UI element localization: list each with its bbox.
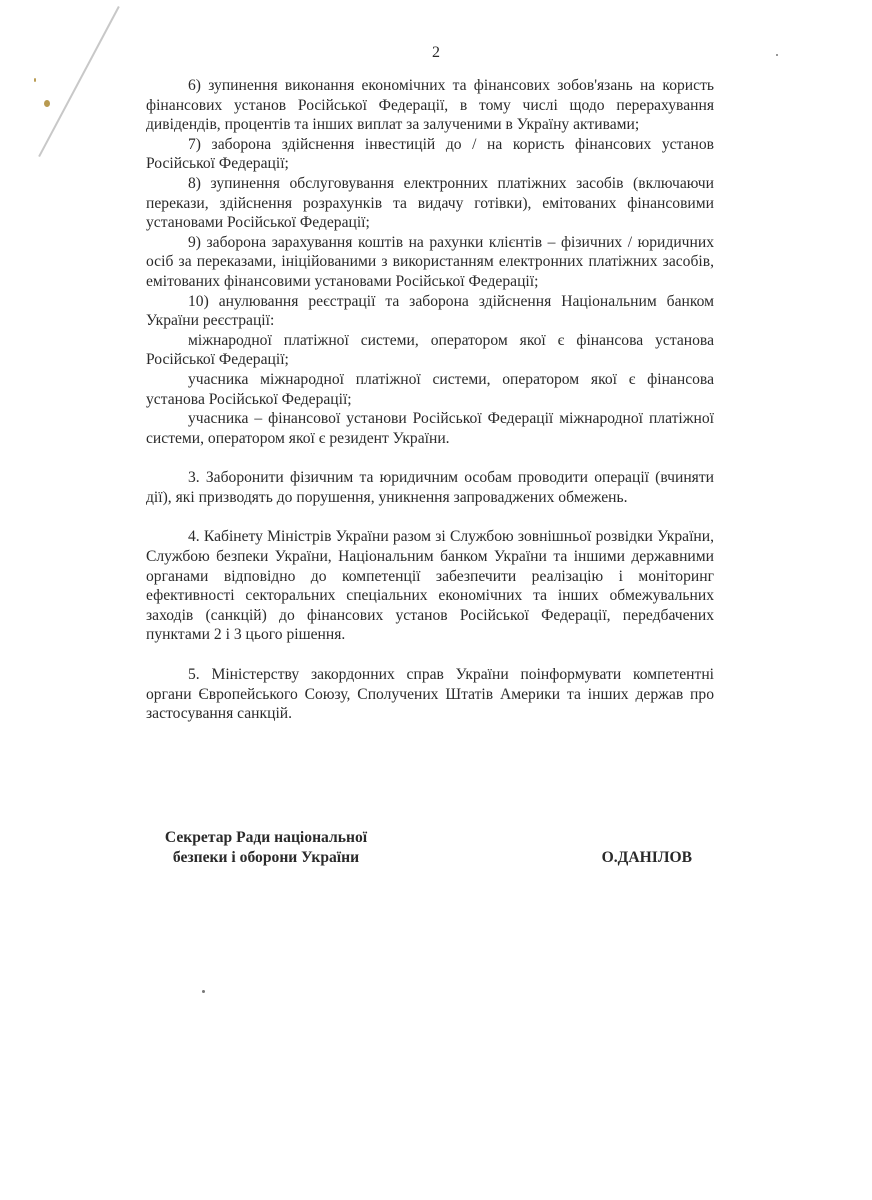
paragraph-item-7: 7) заборона здійснення інвестицій до / н… [146,135,714,174]
signatory-title: Секретар Ради національної безпеки і обо… [146,828,386,868]
scan-speck [44,100,50,107]
paragraph-item-6: 6) зупинення виконання економічних та фі… [146,76,714,135]
paragraph-item-8: 8) зупинення обслуговування електронних … [146,174,714,233]
section-5: 5. Міністерству закордонних справ Україн… [146,665,714,724]
signatory-title-line1: Секретар Ради національної [146,828,386,848]
paragraph-subitem: учасника – фінансової установи Російсько… [146,409,714,448]
paragraph-subitem: міжнародної платіжної системи, операторо… [146,331,714,370]
section-4: 4. Кабінету Міністрів України разом зі С… [146,527,714,645]
signatory-title-line2: безпеки і оборони України [146,848,386,868]
section-3: 3. Заборонити фізичним та юридичним особ… [146,468,714,507]
signatory-name: О.ДАНІЛОВ [602,848,692,868]
document-body: 6) зупинення виконання економічних та фі… [146,76,714,724]
page-number: 2 [0,44,872,62]
paragraph-item-9: 9) заборона зарахування коштів на рахунк… [146,233,714,292]
paragraph-item-10: 10) анулювання реєстрації та заборона зд… [146,292,714,331]
scan-dot [202,990,205,993]
scan-scratch-line [38,6,120,157]
paragraph-subitem: учасника міжнародної платіжної системи, … [146,370,714,409]
scan-speck [34,78,36,82]
